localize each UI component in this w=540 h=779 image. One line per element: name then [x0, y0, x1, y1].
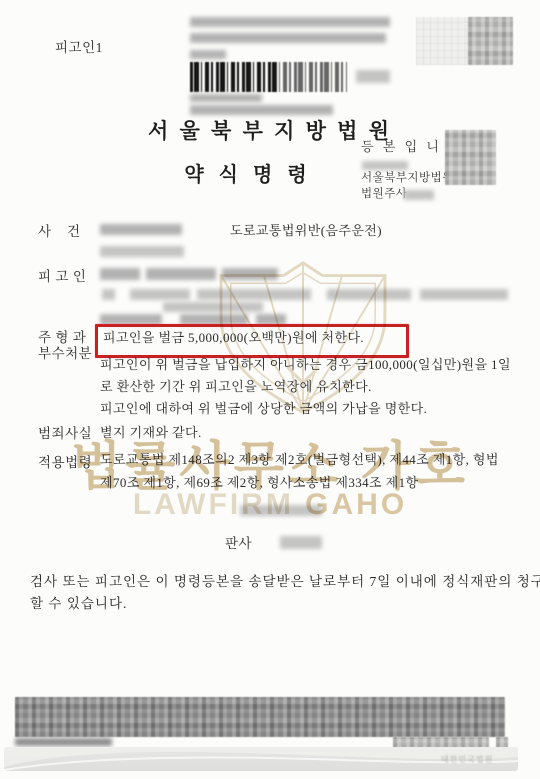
penalty-main-sentence: 피고인을 벌금 5,000,000(오백만)원에 처한다. — [103, 331, 364, 346]
formal-trial-notice-line2: 할 수 있습니다. — [30, 596, 127, 612]
redacted-official-seal — [445, 130, 496, 185]
redacted-judge-name — [280, 536, 322, 549]
law-line1: 도로교통법 제148조의2 제3항 제2호(벌금형선택), 제44조 제1항, … — [100, 453, 499, 468]
mail-barcode — [190, 62, 347, 92]
footer-band: 대한민국법원 — [4, 747, 518, 771]
redacted-clerk-name — [404, 190, 434, 200]
defendant-label: 피 고 인 — [38, 269, 86, 285]
penalty-line2: 피고인이 위 벌금을 납입하지 아니하는 경우 금100,000(일십만)원을 … — [100, 358, 511, 373]
redacted-case-number — [100, 224, 182, 235]
redacted-defendant-info — [420, 289, 508, 300]
penalty-line3: 로 환산한 기간 위 피고인을 노역장에 유치한다. — [100, 380, 372, 395]
redacted-text — [190, 94, 262, 102]
judge-label: 판사 — [225, 536, 252, 552]
redacted-bottom-line — [15, 738, 112, 746]
redacted-defendant-info — [327, 289, 411, 300]
redacted-stamp — [468, 17, 513, 65]
defendant-tag: 피고인1 — [55, 40, 103, 56]
formal-trial-notice-line1: 검사 또는 피고인은 이 명령등본을 송달받은 날로부터 7일 이내에 정식재판… — [30, 574, 540, 590]
redacted-bottom-block — [15, 697, 505, 737]
redacted-defendant-info — [130, 289, 190, 300]
law-label: 적용법령 — [38, 455, 92, 471]
case-label: 사 건 — [38, 224, 81, 240]
redacted-order-date — [240, 505, 322, 516]
redacted-cert-date — [362, 161, 408, 170]
redacted-text — [190, 105, 333, 115]
redacted-defendant-info — [100, 268, 140, 280]
footer-brand-text: 대한민국법원 — [441, 754, 493, 765]
redacted-address-line — [190, 33, 386, 43]
redacted-case-number — [100, 246, 184, 257]
redacted-defendant-info — [222, 268, 278, 280]
penalty-label-line2: 부수처분 — [38, 346, 92, 362]
redacted-address-line — [190, 17, 390, 27]
penalty-label-line1: 주 형 과 — [38, 330, 86, 346]
redacted-text — [356, 70, 390, 83]
postage-grid-box — [416, 17, 468, 65]
redacted-defendant-info — [146, 268, 216, 280]
cert-court-name: 서울북부지방법원 — [361, 172, 454, 185]
law-line2: 제70조 제1항, 제69조 제2항, 형사소송법 제334조 제1항 — [100, 476, 419, 491]
redacted-defendant-info — [163, 302, 263, 312]
summary-order-document: 피고인1 서 울 북 부 지 방 법 원 약 식 명 령 등 본 입 니 다 서… — [0, 0, 540, 779]
redacted-defendant-info — [197, 289, 311, 300]
redacted-defendant-info — [102, 289, 115, 300]
facts-label: 범죄사실 — [38, 426, 92, 442]
cert-clerk-title: 법원주사 — [361, 188, 407, 201]
case-offense: 도로교통법위반(음주운전) — [230, 224, 382, 239]
penalty-line4: 피고인에 대하여 위 벌금에 상당한 금액의 가납을 명한다. — [100, 402, 427, 417]
facts-text: 별지 기재와 같다. — [100, 426, 202, 441]
redacted-address-line — [190, 50, 226, 59]
